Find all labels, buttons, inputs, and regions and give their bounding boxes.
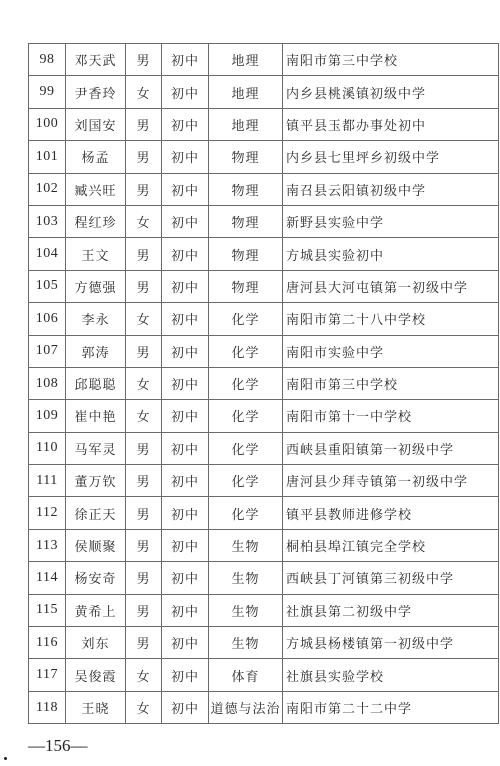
row-number-cell: 105 [29,270,66,302]
subject-cell: 地理 [209,76,283,108]
name-cell: 臧兴旺 [66,173,126,205]
name-cell: 郭涛 [66,335,126,367]
gender-cell: 男 [126,141,162,173]
table-row: 114杨安奇男初中生物西峡县丁河镇第三初级中学 [29,562,499,594]
name-cell: 程红珍 [66,205,126,237]
stray-dot [4,757,7,760]
row-number-cell: 113 [29,529,66,561]
row-number-cell: 103 [29,205,66,237]
subject-cell: 地理 [209,108,283,140]
level-cell: 初中 [162,238,209,270]
name-cell: 侯顺聚 [66,529,126,561]
name-cell: 董万钦 [66,465,126,497]
level-cell: 初中 [162,76,209,108]
table-row: 106李永女初中化学南阳市第二十八中学校 [29,303,499,335]
table-row: 100刘国安男初中地理镇平县玉都办事处初中 [29,108,499,140]
level-cell: 初中 [162,108,209,140]
row-number-cell: 102 [29,173,66,205]
gender-cell: 男 [126,44,162,76]
name-cell: 尹香玲 [66,76,126,108]
school-cell: 镇平县玉都办事处初中 [283,108,499,140]
table-row: 105方德强男初中物理唐河县大河屯镇第一初级中学 [29,270,499,302]
subject-cell: 化学 [209,400,283,432]
table-row: 102臧兴旺男初中物理南召县云阳镇初级中学 [29,173,499,205]
subject-cell: 物理 [209,173,283,205]
subject-cell: 化学 [209,465,283,497]
subject-cell: 物理 [209,270,283,302]
subject-cell: 化学 [209,303,283,335]
row-number-cell: 111 [29,465,66,497]
school-cell: 南阳市实验中学 [283,335,499,367]
gender-cell: 男 [126,497,162,529]
gender-cell: 男 [126,627,162,659]
school-cell: 南阳市第十一中学校 [283,400,499,432]
name-cell: 杨安奇 [66,562,126,594]
page-number: —156— [28,736,88,756]
school-cell: 南阳市第三中学校 [283,44,499,76]
table-row: 109崔中艳女初中化学南阳市第十一中学校 [29,400,499,432]
row-number-cell: 109 [29,400,66,432]
level-cell: 初中 [162,529,209,561]
gender-cell: 女 [126,400,162,432]
row-number-cell: 104 [29,238,66,270]
school-cell: 镇平县教师进修学校 [283,497,499,529]
gender-cell: 男 [126,465,162,497]
level-cell: 初中 [162,303,209,335]
gender-cell: 男 [126,108,162,140]
subject-cell: 体育 [209,659,283,691]
subject-cell: 化学 [209,497,283,529]
table-row: 112徐正天男初中化学镇平县教师进修学校 [29,497,499,529]
subject-cell: 生物 [209,627,283,659]
gender-cell: 女 [126,205,162,237]
gender-cell: 男 [126,529,162,561]
table-row: 103程红珍女初中物理新野县实验中学 [29,205,499,237]
subject-cell: 化学 [209,367,283,399]
school-cell: 桐柏县埠江镇完全学校 [283,529,499,561]
subject-cell: 道德与法治 [209,691,283,723]
school-cell: 唐河县少拜寺镇第一初级中学 [283,465,499,497]
name-cell: 徐正天 [66,497,126,529]
name-cell: 刘国安 [66,108,126,140]
level-cell: 初中 [162,400,209,432]
table-row: 98邓天武男初中地理南阳市第三中学校 [29,44,499,76]
gender-cell: 女 [126,303,162,335]
gender-cell: 男 [126,594,162,626]
level-cell: 初中 [162,691,209,723]
school-cell: 社旗县第二初级中学 [283,594,499,626]
table-row: 104王文男初中物理方城县实验初中 [29,238,499,270]
level-cell: 初中 [162,173,209,205]
row-number-cell: 114 [29,562,66,594]
gender-cell: 男 [126,562,162,594]
table-row: 99尹香玲女初中地理内乡县桃溪镇初级中学 [29,76,499,108]
school-cell: 南阳市第二十二中学 [283,691,499,723]
subject-cell: 物理 [209,205,283,237]
gender-cell: 女 [126,659,162,691]
subject-cell: 生物 [209,594,283,626]
table-row: 110马军灵男初中化学西峡县重阳镇第一初级中学 [29,432,499,464]
row-number-cell: 106 [29,303,66,335]
name-cell: 黄希上 [66,594,126,626]
school-cell: 内乡县七里坪乡初级中学 [283,141,499,173]
name-cell: 马军灵 [66,432,126,464]
school-cell: 南阳市第二十八中学校 [283,303,499,335]
table-row: 115黄希上男初中生物社旗县第二初级中学 [29,594,499,626]
name-cell: 方德强 [66,270,126,302]
school-cell: 内乡县桃溪镇初级中学 [283,76,499,108]
table-row: 108邱聪聪女初中化学南阳市第三中学校 [29,367,499,399]
row-number-cell: 98 [29,44,66,76]
level-cell: 初中 [162,270,209,302]
school-cell: 西峡县重阳镇第一初级中学 [283,432,499,464]
gender-cell: 男 [126,270,162,302]
level-cell: 初中 [162,432,209,464]
name-cell: 邓天武 [66,44,126,76]
table-row: 118王晓女初中道德与法治南阳市第二十二中学 [29,691,499,723]
table-row: 116刘东男初中生物方城县杨楼镇第一初级中学 [29,627,499,659]
name-cell: 吴俊霞 [66,659,126,691]
level-cell: 初中 [162,141,209,173]
school-cell: 南阳市第三中学校 [283,367,499,399]
level-cell: 初中 [162,205,209,237]
gender-cell: 男 [126,335,162,367]
gender-cell: 女 [126,691,162,723]
roster-table-body: 98邓天武男初中地理南阳市第三中学校99尹香玲女初中地理内乡县桃溪镇初级中学10… [29,44,499,724]
name-cell: 崔中艳 [66,400,126,432]
subject-cell: 地理 [209,44,283,76]
school-cell: 唐河县大河屯镇第一初级中学 [283,270,499,302]
school-cell: 方城县杨楼镇第一初级中学 [283,627,499,659]
gender-cell: 男 [126,432,162,464]
table-row: 101杨孟男初中物理内乡县七里坪乡初级中学 [29,141,499,173]
row-number-cell: 118 [29,691,66,723]
level-cell: 初中 [162,367,209,399]
subject-cell: 生物 [209,562,283,594]
row-number-cell: 117 [29,659,66,691]
gender-cell: 男 [126,238,162,270]
name-cell: 王晓 [66,691,126,723]
row-number-cell: 107 [29,335,66,367]
subject-cell: 生物 [209,529,283,561]
gender-cell: 女 [126,76,162,108]
level-cell: 初中 [162,562,209,594]
row-number-cell: 99 [29,76,66,108]
name-cell: 李永 [66,303,126,335]
name-cell: 邱聪聪 [66,367,126,399]
row-number-cell: 112 [29,497,66,529]
name-cell: 王文 [66,238,126,270]
row-number-cell: 116 [29,627,66,659]
subject-cell: 物理 [209,141,283,173]
level-cell: 初中 [162,497,209,529]
level-cell: 初中 [162,594,209,626]
subject-cell: 物理 [209,238,283,270]
table-row: 111董万钦男初中化学唐河县少拜寺镇第一初级中学 [29,465,499,497]
level-cell: 初中 [162,465,209,497]
row-number-cell: 101 [29,141,66,173]
school-cell: 西峡县丁河镇第三初级中学 [283,562,499,594]
row-number-cell: 115 [29,594,66,626]
school-cell: 方城县实验初中 [283,238,499,270]
school-cell: 社旗县实验学校 [283,659,499,691]
subject-cell: 化学 [209,335,283,367]
level-cell: 初中 [162,627,209,659]
name-cell: 杨孟 [66,141,126,173]
gender-cell: 女 [126,367,162,399]
row-number-cell: 108 [29,367,66,399]
table-row: 113侯顺聚男初中生物桐柏县埠江镇完全学校 [29,529,499,561]
table-row: 107郭涛男初中化学南阳市实验中学 [29,335,499,367]
level-cell: 初中 [162,44,209,76]
subject-cell: 化学 [209,432,283,464]
table-row: 117吴俊霞女初中体育社旗县实验学校 [29,659,499,691]
name-cell: 刘东 [66,627,126,659]
level-cell: 初中 [162,659,209,691]
row-number-cell: 100 [29,108,66,140]
roster-table: 98邓天武男初中地理南阳市第三中学校99尹香玲女初中地理内乡县桃溪镇初级中学10… [28,43,499,724]
level-cell: 初中 [162,335,209,367]
row-number-cell: 110 [29,432,66,464]
school-cell: 南召县云阳镇初级中学 [283,173,499,205]
school-cell: 新野县实验中学 [283,205,499,237]
gender-cell: 男 [126,173,162,205]
